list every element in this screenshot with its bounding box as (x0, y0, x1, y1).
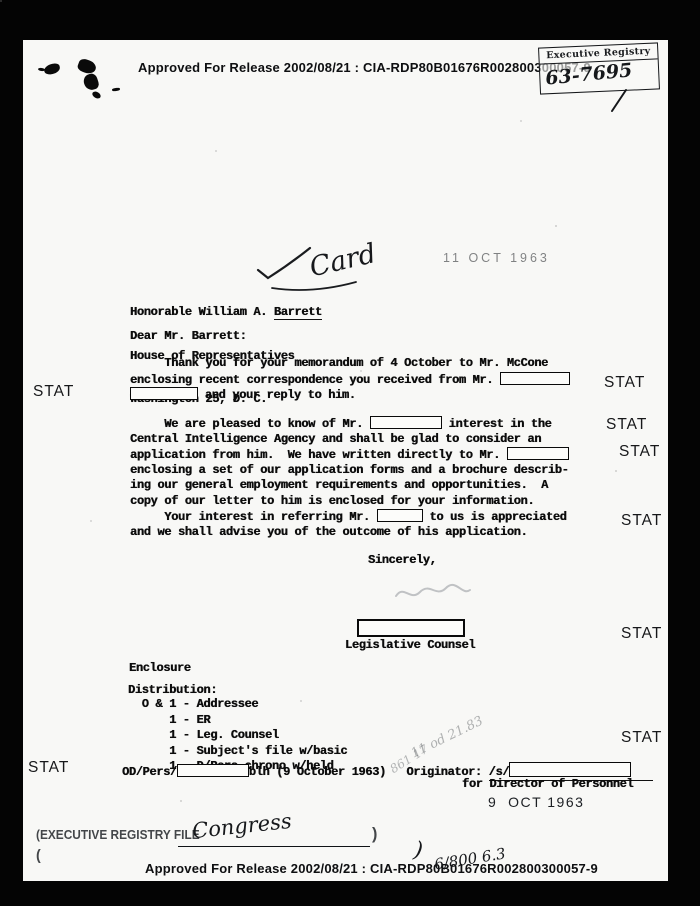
letter-line: Your interest in referring Mr. to us is … (130, 509, 567, 525)
signature-redaction-box (357, 619, 465, 637)
originator-redaction-box (509, 762, 631, 777)
scan-noise (0, 0, 2, 2)
letter-line: and your reply to him. (130, 387, 570, 403)
stat-label-right-4: STAT (621, 512, 662, 530)
stat-label-left-1: STAT (33, 383, 74, 401)
executive-registry-stamp-number: 63-7695 (544, 59, 633, 89)
od-pers-date-text: blh (9 October 1963) (249, 765, 386, 779)
od-pers-redaction-box (177, 764, 249, 777)
od-pers-prefix: OD/Pers/ (122, 765, 177, 779)
letter-line: 1 - Subject's file w/basic (128, 744, 347, 760)
release-banner-bottom: Approved For Release 2002/08/21 : CIA-RD… (145, 861, 598, 876)
stat-label-left-2: STAT (28, 759, 69, 777)
letter-line: We are pleased to know of Mr. interest i… (130, 416, 569, 432)
address-name-underlined: Barrett (274, 305, 322, 320)
paragraph-1: Thank you for your memorandum of 4 Octob… (130, 356, 570, 403)
letter-line: 1 - ER (128, 713, 347, 729)
stat-label-right-3: STAT (619, 443, 660, 461)
stat-label-right-2: STAT (606, 416, 647, 434)
letter-line: Central Intelligence Agency and shall be… (130, 432, 569, 448)
letter-line: copy of our letter to him is enclosed fo… (130, 494, 569, 510)
paragraph-3: Your interest in referring Mr. to us is … (130, 509, 567, 540)
stat-label-right-5: STAT (621, 625, 662, 643)
paragraph-2: We are pleased to know of Mr. interest i… (130, 416, 569, 509)
redaction-box (500, 372, 570, 385)
letter-line: and we shall advise you of the outcome o… (130, 525, 567, 541)
gap (386, 765, 407, 779)
stat-label-right-1: STAT (604, 374, 645, 392)
letter-line: 1 - Leg. Counsel (128, 728, 347, 744)
action-date-stamp: 9 OCT 1963 (488, 794, 584, 810)
stamp-pen-stroke (604, 88, 634, 114)
registry-file-writing-line (178, 846, 370, 847)
registry-file-stamp: (EXECUTIVE REGISTRY FILE (36, 828, 200, 842)
letter-line: Thank you for your memorandum of 4 Octob… (130, 356, 570, 372)
distribution-heading: Distribution: (128, 683, 217, 697)
release-banner-top: Approved For Release 2002/08/21 : CIA-RD… (138, 60, 591, 75)
letter-line: O & 1 - Addressee (128, 697, 347, 713)
executive-registry-stamp: Executive Registry 63-7695 (538, 42, 660, 94)
closing-sincerely: Sincerely, (368, 553, 437, 567)
redaction-box (507, 447, 569, 460)
scanned-document-screen: Approved For Release 2002/08/21 : CIA-RD… (0, 0, 700, 906)
redaction-box (130, 387, 198, 400)
address-line-1: Honorable William A. Barrett (130, 305, 322, 321)
letter-line: ing our general employment requirements … (130, 478, 569, 494)
enclosure-label: Enclosure (129, 661, 191, 675)
signature-ghost (392, 580, 476, 606)
letter-line: enclosing recent correspondence you rece… (130, 372, 570, 388)
registry-file-close-paren: ) (372, 824, 377, 844)
registry-file-open-paren: ( (36, 847, 41, 864)
stat-label-right-6: STAT (621, 729, 662, 747)
letter-line: application from him. We have written di… (130, 447, 569, 463)
signer-title: Legislative Counsel (345, 638, 475, 652)
letter-line: enclosing a set of our application forms… (130, 463, 569, 479)
received-date-stamp: 11 OCT 1963 (443, 251, 550, 265)
redaction-box (377, 509, 423, 522)
salutation: Dear Mr. Barrett: (130, 329, 246, 343)
redaction-box (370, 416, 442, 429)
for-director-line: for Director of Personnel (462, 777, 633, 791)
address-honorific: Honorable William A. (130, 305, 274, 319)
